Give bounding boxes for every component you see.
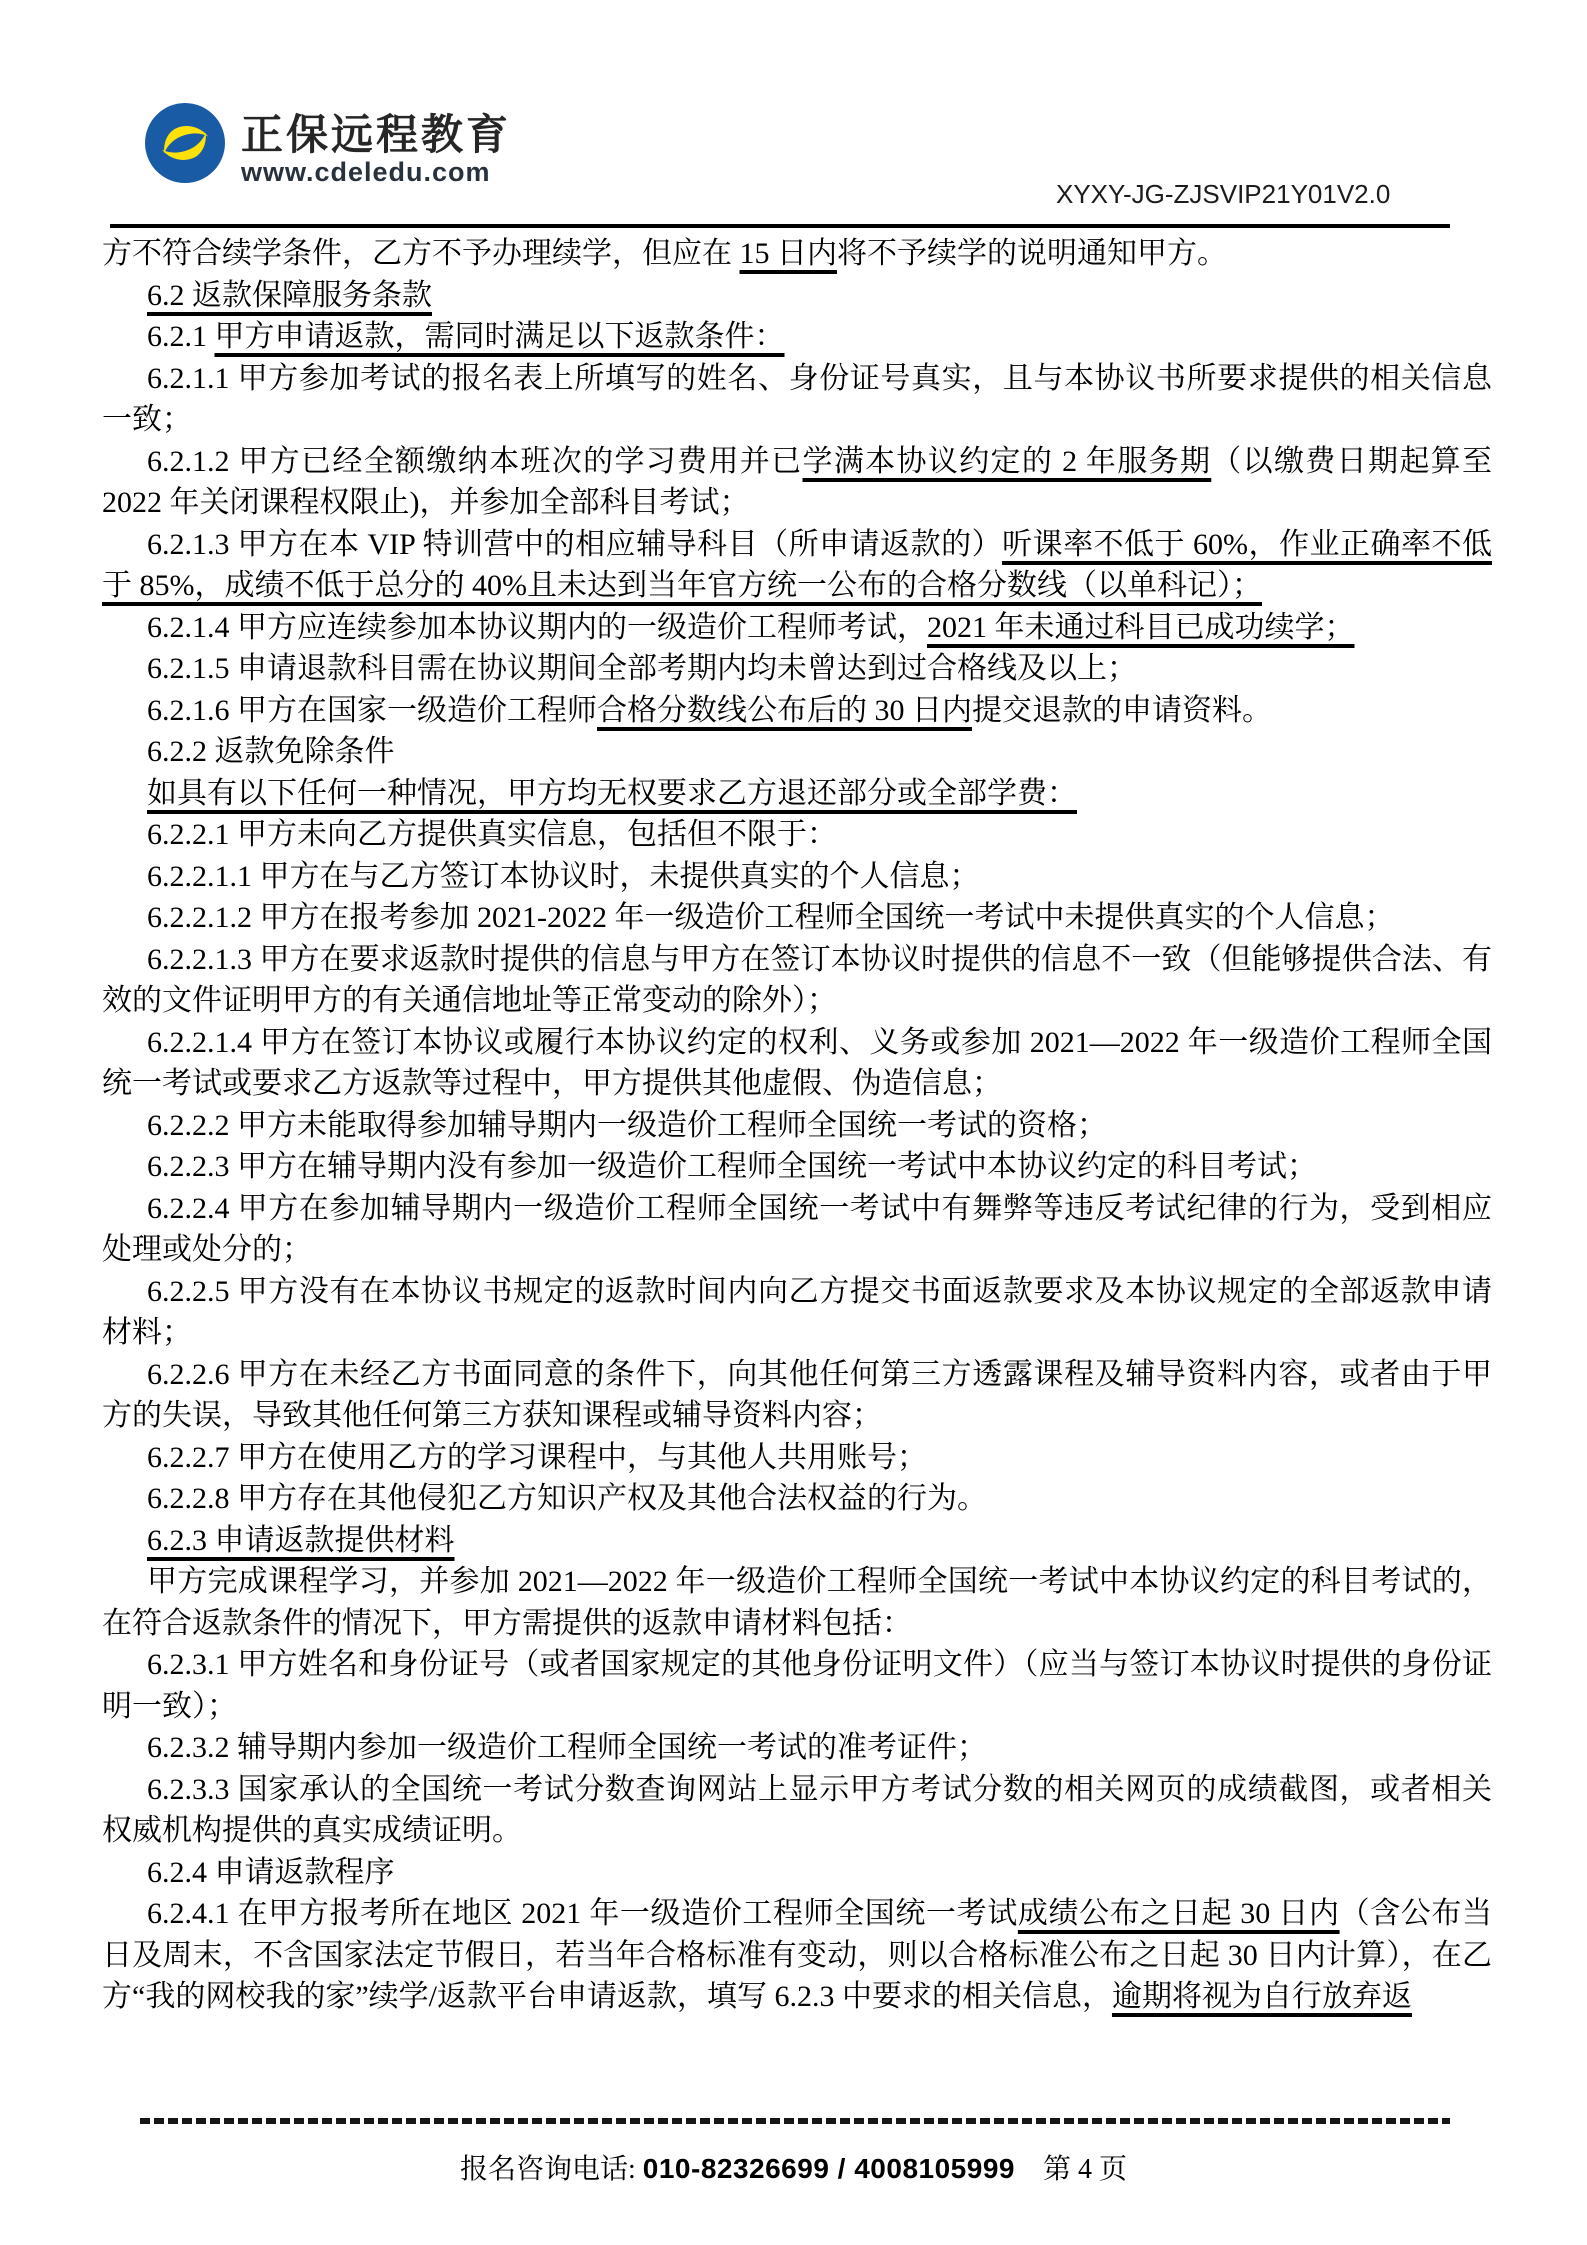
paragraph: 6.2.1.5 申请退款科目需在协议期间全部考期内均未曾达到过合格线及以上；	[102, 648, 1492, 690]
text-run: 6.2.1.2 甲方已经全额缴纳本班次的学习费用并已	[147, 445, 803, 478]
paragraph: 6.2.1.6 甲方在国家一级造价工程师合格分数线公布后的 30 日内提交退款的…	[102, 690, 1492, 732]
text-run: 6.2.2.8 甲方存在其他侵犯乙方知识产权及其他合法权益的行为。	[147, 1482, 987, 1515]
paragraph: 6.2.2.4 甲方在参加辅导期内一级造价工程师全国统一考试中有舞弊等违反考试纪…	[102, 1188, 1492, 1271]
underlined-text-run: 15 日内	[740, 237, 838, 270]
paragraph: 6.2.3.3 国家承认的全国统一考试分数查询网站上显示甲方考试分数的相关网页的…	[102, 1769, 1492, 1852]
underlined-text-run: 逾期将视为自行放弃返	[1112, 1980, 1412, 2013]
paragraph: 6.2.4 申请返款程序	[102, 1852, 1492, 1894]
text-run: 6.2.1.6 甲方在国家一级造价工程师	[147, 694, 597, 727]
paragraph: 6.2.1.2 甲方已经全额缴纳本班次的学习费用并已学满本协议约定的 2 年服务…	[102, 441, 1492, 524]
footer-divider	[140, 2118, 1450, 2124]
underlined-text-run: 6.2 返款保障服务条款	[147, 279, 432, 312]
paragraph: 6.2.2.8 甲方存在其他侵犯乙方知识产权及其他合法权益的行为。	[102, 1478, 1492, 1520]
underlined-text-run: 甲方申请返款，需同时满足以下返款条件：	[215, 320, 785, 353]
paragraph: 6.2.1.1 甲方参加考试的报名表上所填写的姓名、身份证号真实，且与本协议书所…	[102, 358, 1492, 441]
brand-text-block: 正保远程教育 www.cdeledu.com	[241, 103, 511, 187]
underlined-text-run: 合格分数线公布后的 30 日内	[597, 694, 972, 727]
text-run: 6.2.1.1 甲方参加考试的报名表上所填写的姓名、身份证号真实，且与本协议书所…	[102, 362, 1492, 437]
text-run: 甲方完成课程学习，并参加 2021—2022 年一级造价工程师全国统一考试中本协…	[102, 1565, 1492, 1640]
paragraph: 6.2.2.1.3 甲方在要求返款时提供的信息与甲方在签订本协议时提供的信息不一…	[102, 939, 1492, 1022]
footer-phone-label: 报名咨询电话:	[460, 2154, 643, 2185]
footer: 报名咨询电话: 010-82326699 / 4008105999第 4 页	[0, 2147, 1587, 2187]
paragraph: 如具有以下任何一种情况，甲方均无权要求乙方退还部分或全部学费：	[102, 773, 1492, 815]
underlined-text-run: 6.2.3 申请返款提供材料	[147, 1524, 455, 1557]
text-run: 6.2.2.2 甲方未能取得参加辅导期内一级造价工程师全国统一考试的资格；	[147, 1109, 1107, 1142]
paragraph: 6.2.1.4 甲方应连续参加本协议期内的一级造价工程师考试，2021 年未通过…	[102, 607, 1492, 649]
header-divider	[110, 224, 1450, 228]
text-run: 6.2.2.4 甲方在参加辅导期内一级造价工程师全国统一考试中有舞弊等违反考试纪…	[102, 1192, 1492, 1267]
paragraph: 6.2.3.2 辅导期内参加一级造价工程师全国统一考试的准考证件；	[102, 1727, 1492, 1769]
text-run: 6.2.2.1.2 甲方在报考参加 2021-2022 年一级造价工程师全国统一…	[147, 901, 1395, 934]
paragraph: 6.2.2 返款免除条件	[102, 731, 1492, 773]
text-run: 6.2.2.7 甲方在使用乙方的学习课程中，与其他人共用账号；	[147, 1441, 927, 1474]
paragraph: 6.2.2.2 甲方未能取得参加辅导期内一级造价工程师全国统一考试的资格；	[102, 1105, 1492, 1147]
document-code: XYXY-JG-ZJSVIP21Y01V2.0	[1056, 179, 1390, 210]
brand-logo-icon	[145, 103, 225, 183]
text-run: 6.2.1.5 申请退款科目需在协议期间全部考期内均未曾达到过合格线及以上；	[147, 652, 1137, 685]
header-logo: 正保远程教育 www.cdeledu.com	[145, 103, 511, 187]
text-run: 6.2.2 返款免除条件	[147, 735, 395, 768]
text-run: 方不符合续学条件，乙方不予办理续学，但应在	[102, 237, 740, 270]
paragraph: 6.2.2.1.1 甲方在与乙方签订本协议时，未提供真实的个人信息；	[102, 856, 1492, 898]
underlined-text-run: 如具有以下任何一种情况，甲方均无权要求乙方退还部分或全部学费：	[147, 777, 1077, 810]
underlined-text-run: 成绩公布之日起 30 日内	[1018, 1897, 1340, 1930]
text-run: 6.2.3.1 甲方姓名和身份证号（或者国家规定的其他身份证明文件）（应当与签订…	[102, 1648, 1492, 1723]
text-run: 提交退款的申请资料。	[972, 694, 1272, 727]
text-run: 6.2.2.6 甲方在未经乙方书面同意的条件下，向其他任何第三方透露课程及辅导资…	[102, 1358, 1492, 1433]
text-run: 6.2.2.1 甲方未向乙方提供真实信息，包括但不限于：	[147, 818, 837, 851]
text-run: 6.2.3.2 辅导期内参加一级造价工程师全国统一考试的准考证件；	[147, 1731, 987, 1764]
document-body: 方不符合续学条件，乙方不予办理续学，但应在 15 日内将不予续学的说明通知甲方。…	[102, 233, 1492, 2018]
underlined-text-run: 学满本协议约定的 2 年服务期	[803, 445, 1212, 478]
paragraph: 6.2.2.3 甲方在辅导期内没有参加一级造价工程师全国统一考试中本协议约定的科…	[102, 1146, 1492, 1188]
brand-name: 正保远程教育	[241, 113, 511, 157]
paragraph: 6.2.3 申请返款提供材料	[102, 1520, 1492, 1562]
text-run: 6.2.1.3 甲方在本 VIP 特训营中的相应辅导科目（所申请返款的）	[147, 528, 1002, 561]
paragraph: 6.2.3.1 甲方姓名和身份证号（或者国家规定的其他身份证明文件）（应当与签订…	[102, 1644, 1492, 1727]
text-run: 6.2.2.5 甲方没有在本协议书规定的返款时间内向乙方提交书面返款要求及本协议…	[102, 1275, 1492, 1350]
page-number: 第 4 页	[1043, 2154, 1127, 2185]
underlined-text-run: 2021 年未通过科目已成功续学；	[927, 611, 1355, 644]
text-run: 6.2.4 申请返款程序	[147, 1856, 395, 1889]
paragraph: 6.2.2.1 甲方未向乙方提供真实信息，包括但不限于：	[102, 814, 1492, 856]
paragraph: 6.2.2.1.4 甲方在签订本协议或履行本协议约定的权利、义务或参加 2021…	[102, 1022, 1492, 1105]
paragraph: 6.2.2.5 甲方没有在本协议书规定的返款时间内向乙方提交书面返款要求及本协议…	[102, 1271, 1492, 1354]
paragraph: 方不符合续学条件，乙方不予办理续学，但应在 15 日内将不予续学的说明通知甲方。	[102, 233, 1492, 275]
text-run: 将不予续学的说明通知甲方。	[837, 237, 1227, 270]
footer-phone-numbers: 010-82326699 / 4008105999	[643, 2153, 1015, 2184]
text-run: 6.2.2.1.4 甲方在签订本协议或履行本协议约定的权利、义务或参加 2021…	[102, 1026, 1492, 1101]
text-run: 6.2.2.3 甲方在辅导期内没有参加一级造价工程师全国统一考试中本协议约定的科…	[147, 1150, 1317, 1183]
paragraph: 6.2.4.1 在甲方报考所在地区 2021 年一级造价工程师全国统一考试成绩公…	[102, 1893, 1492, 2018]
paragraph: 6.2.1 甲方申请返款，需同时满足以下返款条件：	[102, 316, 1492, 358]
text-run: 6.2.3.3 国家承认的全国统一考试分数查询网站上显示甲方考试分数的相关网页的…	[102, 1773, 1492, 1848]
paragraph: 6.2 返款保障服务条款	[102, 275, 1492, 317]
brand-website: www.cdeledu.com	[241, 157, 511, 187]
paragraph: 6.2.1.3 甲方在本 VIP 特训营中的相应辅导科目（所申请返款的）听课率不…	[102, 524, 1492, 607]
text-run: 6.2.1	[147, 320, 215, 353]
paragraph: 6.2.2.1.2 甲方在报考参加 2021-2022 年一级造价工程师全国统一…	[102, 897, 1492, 939]
text-run: 6.2.4.1 在甲方报考所在地区 2021 年一级造价工程师全国统一考试	[147, 1897, 1018, 1930]
text-run: 6.2.2.1.1 甲方在与乙方签订本协议时，未提供真实的个人信息；	[147, 860, 980, 893]
paragraph: 6.2.2.7 甲方在使用乙方的学习课程中，与其他人共用账号；	[102, 1437, 1492, 1479]
paragraph: 6.2.2.6 甲方在未经乙方书面同意的条件下，向其他任何第三方透露课程及辅导资…	[102, 1354, 1492, 1437]
text-run: 6.2.2.1.3 甲方在要求返款时提供的信息与甲方在签订本协议时提供的信息不一…	[102, 943, 1492, 1018]
paragraph: 甲方完成课程学习，并参加 2021—2022 年一级造价工程师全国统一考试中本协…	[102, 1561, 1492, 1644]
text-run: 6.2.1.4 甲方应连续参加本协议期内的一级造价工程师考试，	[147, 611, 927, 644]
document-page: 正保远程教育 www.cdeledu.com XYXY-JG-ZJSVIP21Y…	[0, 0, 1587, 2245]
